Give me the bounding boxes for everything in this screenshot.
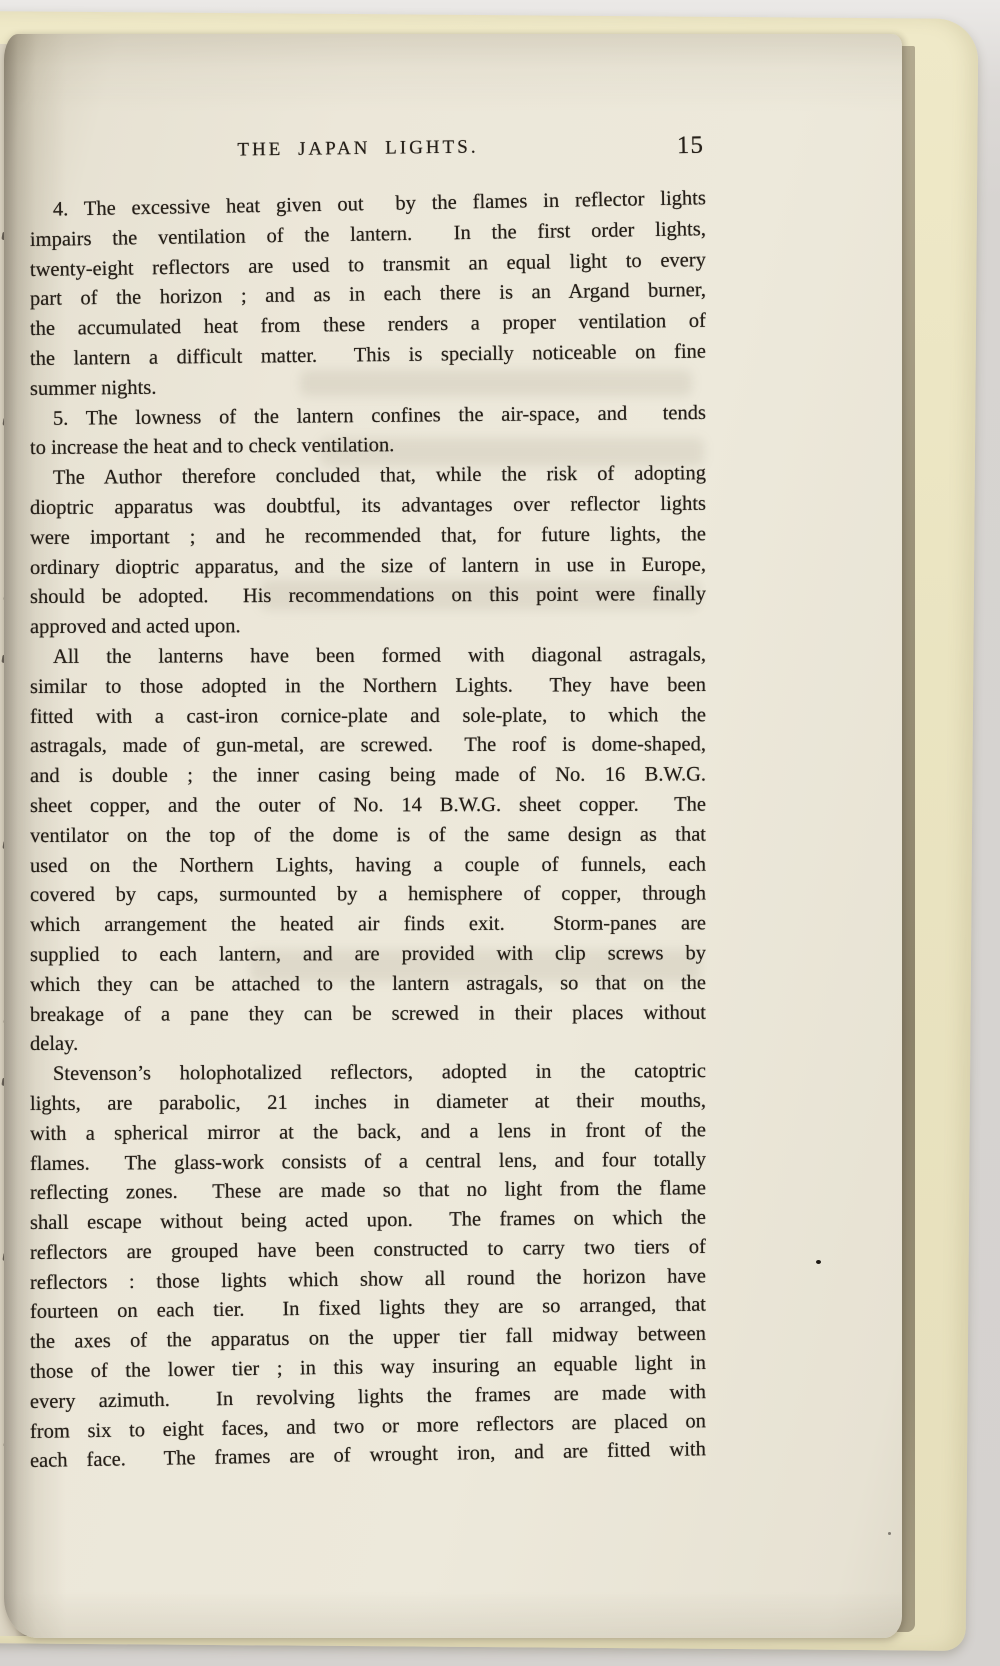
- text-line: should be adopted. His recommendations o…: [30, 580, 706, 613]
- text-line: used on the Northern Lights, having a co…: [30, 850, 706, 881]
- text-line: covered by caps, surmounted by a hemisph…: [30, 880, 706, 911]
- text-line: Stevenson’s holophotalized reflectors, a…: [30, 1057, 706, 1090]
- running-header: THE JAPAN LIGHTS. 15: [30, 130, 706, 170]
- paragraph: 5. The lowness of the lantern confines t…: [30, 405, 706, 465]
- text-line: ordinary dioptric apparatus, and the siz…: [30, 550, 706, 583]
- text-line: astragals, made of gun-metal, are screwe…: [30, 731, 706, 762]
- paragraph: The Author therefore concluded that, whi…: [30, 464, 706, 643]
- text-line: lights, are parabolic, 21 inches in diam…: [30, 1087, 706, 1120]
- text-line: delay.: [30, 1028, 706, 1060]
- photo-background: { "document": { "running_header": { "tit…: [0, 0, 1000, 1666]
- text-line: ventilator on the top of the dome is of …: [30, 820, 706, 851]
- page-number: 15: [677, 132, 704, 160]
- text-line: to increase the heat and to check ventil…: [30, 429, 706, 464]
- ink-speck: [888, 1532, 891, 1535]
- text-line: dioptric apparatus was doubtful, its adv…: [30, 490, 706, 524]
- text-line: The Author therefore concluded that, whi…: [30, 459, 706, 494]
- book-page: THE JAPAN LIGHTS. 15 4. The excessive he…: [4, 34, 902, 1638]
- text-line: fitted with a cast-iron cornice-plate an…: [30, 701, 706, 733]
- text-line: similar to those adopted in the Northern…: [30, 671, 706, 703]
- text-line: All the lanterns have been formed with d…: [30, 641, 706, 673]
- paragraph: Stevenson’s holophotalized reflectors, a…: [30, 1060, 706, 1477]
- running-title: THE JAPAN LIGHTS.: [237, 137, 478, 162]
- ink-speck: [816, 1260, 821, 1264]
- text-line: supplied to each lantern, and are provid…: [30, 939, 706, 971]
- text-line: breakage of a pane they can be screwed i…: [30, 998, 706, 1030]
- text-line: which arrangement the heated air finds e…: [30, 909, 706, 940]
- text-line: with a spherical mirror at the back, and…: [30, 1116, 706, 1150]
- text-line: which they can be attached to the lanter…: [30, 969, 706, 1001]
- text-line: were important ; and he recommended that…: [30, 520, 706, 554]
- paragraph: All the lanterns have been formed with d…: [30, 643, 706, 1060]
- text-line: approved and acted upon.: [30, 611, 706, 643]
- text-block: 4. The excessive heat given out by the f…: [30, 196, 706, 1477]
- paragraph: 4. The excessive heat given out by the f…: [30, 196, 706, 405]
- text-line: and is double ; the inner casing being m…: [30, 761, 706, 792]
- page-content: THE JAPAN LIGHTS. 15 4. The excessive he…: [30, 138, 706, 1477]
- text-line: sheet copper, and the outer of No. 14 B.…: [30, 790, 706, 821]
